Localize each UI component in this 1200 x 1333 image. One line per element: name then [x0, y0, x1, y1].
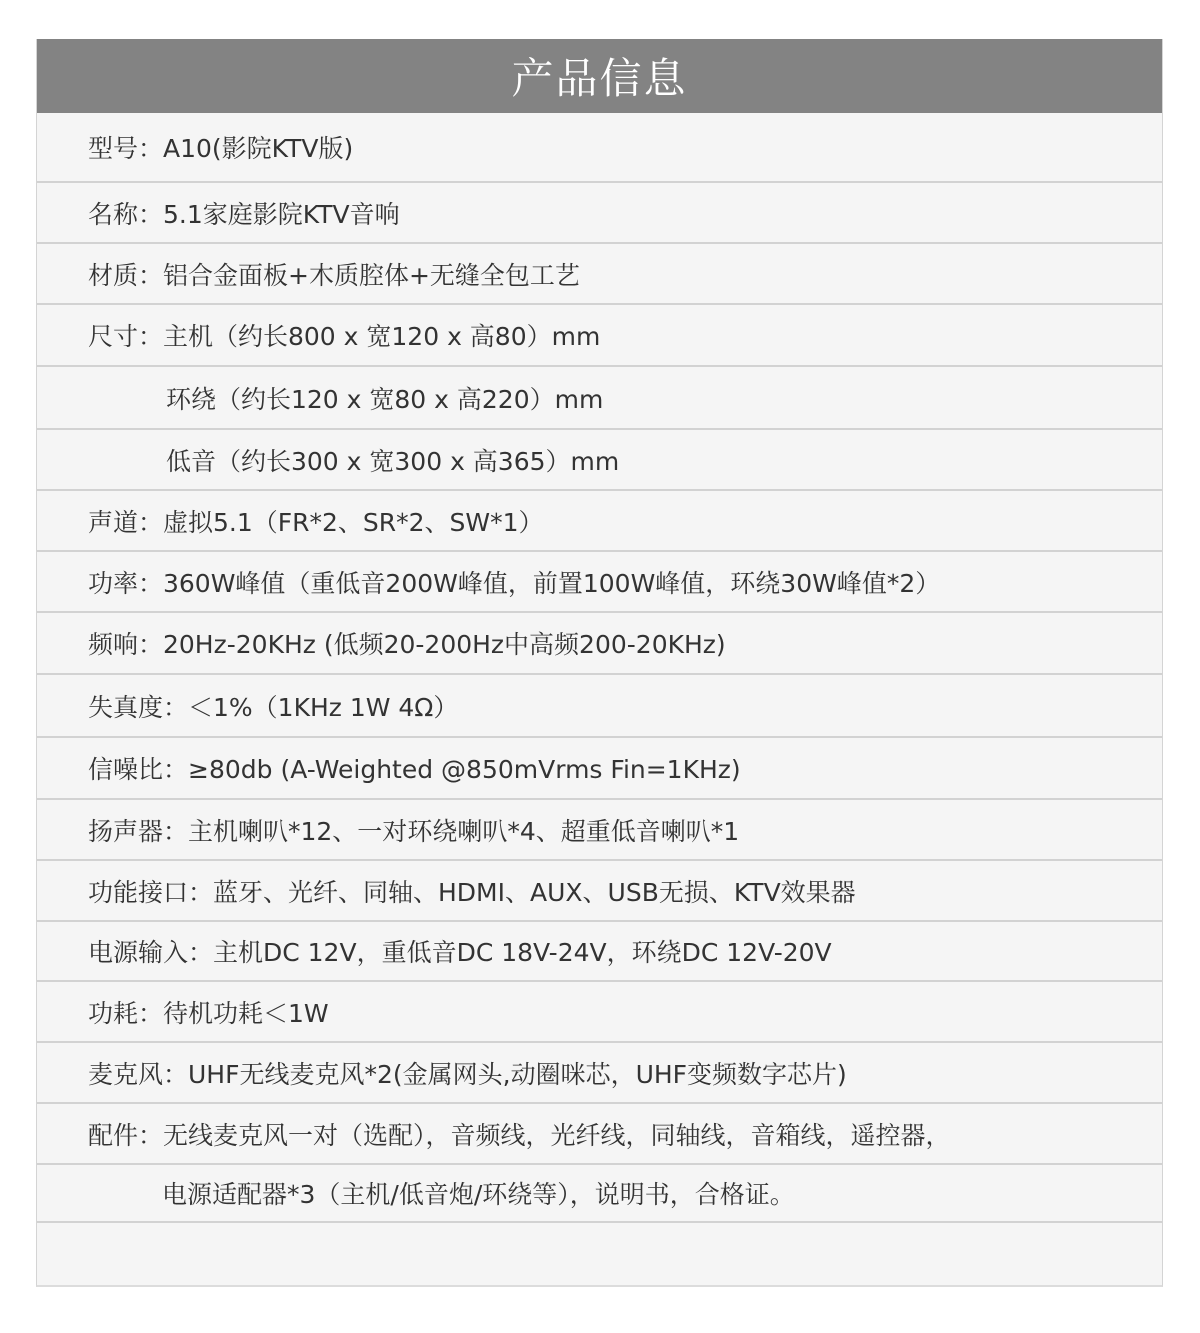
spec-row-size-subwoofer: 低音（约长300 x 宽300 x 高365）mm [37, 430, 1162, 491]
spec-row-channels: 声道：虚拟5.1（FR*2、SR*2、SW*1） [37, 491, 1162, 552]
spec-row-size-main: 尺寸：主机（约长800 x 宽120 x 高80）mm [37, 305, 1162, 367]
spec-row-model: 型号：A10(影院KTV版) [37, 113, 1162, 183]
spec-text: 功率：360W峰值（重低音200W峰值，前置100W峰值，环绕30W峰值*2） [37, 564, 940, 600]
table-header: 产品信息 [37, 39, 1162, 113]
spec-text: 功耗：待机功耗＜1W [37, 994, 329, 1030]
spec-text: 信噪比：≥80db (A-Weighted @850mVrms Fin=1KHz… [37, 750, 741, 786]
spec-row-frequency-response: 频响：20Hz-20KHz (低频20-200Hz中高频200-20KHz) [37, 613, 1162, 675]
spec-text: 配件：无线麦克风一对（选配），音频线，光纤线，同轴线，音箱线，遥控器， [37, 1116, 951, 1152]
spec-text: 尺寸：主机（约长800 x 宽120 x 高80）mm [37, 317, 600, 353]
spec-text: 低音（约长300 x 宽300 x 高365）mm [37, 442, 619, 478]
spec-text: 扬声器：主机喇叭*12、一对环绕喇叭*4、超重低音喇叭*1 [37, 812, 739, 848]
spec-row-distortion: 失真度：＜1%（1KHz 1W 4Ω） [37, 675, 1162, 738]
spec-text: 材质：铝合金面板+木质腔体+无缝全包工艺 [37, 256, 580, 292]
spec-row-size-surround: 环绕（约长120 x 宽80 x 高220）mm [37, 367, 1162, 430]
spec-row-power-consumption: 功耗：待机功耗＜1W [37, 982, 1162, 1043]
spec-text: 频响：20Hz-20KHz (低频20-200Hz中高频200-20KHz) [37, 625, 726, 661]
spec-row-material: 材质：铝合金面板+木质腔体+无缝全包工艺 [37, 244, 1162, 305]
spec-row-microphone: 麦克风：UHF无线麦克风*2(金属网头,动圈咪芯，UHF变频数字芯片) [37, 1043, 1162, 1104]
spec-text: 电源输入：主机DC 12V，重低音DC 18V-24V，环绕DC 12V-20V [37, 933, 832, 969]
spec-text: 电源适配器*3（主机/低音炮/环绕等），说明书，合格证。 [37, 1175, 795, 1211]
product-info-table: 产品信息 型号：A10(影院KTV版) 名称：5.1家庭影院KTV音响 材质：铝… [36, 39, 1163, 1287]
page-title: 产品信息 [511, 46, 687, 106]
spec-text: 名称：5.1家庭影院KTV音响 [37, 195, 400, 231]
spec-text: 功能接口：蓝牙、光纤、同轴、HDMI、AUX、USB无损、KTV效果器 [37, 873, 856, 909]
spec-text: 型号：A10(影院KTV版) [37, 129, 353, 165]
spec-row-snr: 信噪比：≥80db (A-Weighted @850mVrms Fin=1KHz… [37, 738, 1162, 800]
spec-text: 麦克风：UHF无线麦克风*2(金属网头,动圈咪芯，UHF变频数字芯片) [37, 1055, 847, 1091]
spec-row-accessories: 配件：无线麦克风一对（选配），音频线，光纤线，同轴线，音箱线，遥控器， [37, 1104, 1162, 1165]
spec-text: 声道：虚拟5.1（FR*2、SR*2、SW*1） [37, 503, 544, 539]
spec-row-power: 功率：360W峰值（重低音200W峰值，前置100W峰值，环绕30W峰值*2） [37, 552, 1162, 613]
spec-row-empty [37, 1223, 1162, 1285]
spec-text: 环绕（约长120 x 宽80 x 高220）mm [37, 380, 603, 416]
spec-row-interfaces: 功能接口：蓝牙、光纤、同轴、HDMI、AUX、USB无损、KTV效果器 [37, 861, 1162, 922]
spec-row-accessories-continued: 电源适配器*3（主机/低音炮/环绕等），说明书，合格证。 [37, 1165, 1162, 1223]
spec-row-name: 名称：5.1家庭影院KTV音响 [37, 183, 1162, 244]
spec-text: 失真度：＜1%（1KHz 1W 4Ω） [37, 688, 458, 724]
spec-row-power-input: 电源输入：主机DC 12V，重低音DC 18V-24V，环绕DC 12V-20V [37, 922, 1162, 982]
spec-row-speakers: 扬声器：主机喇叭*12、一对环绕喇叭*4、超重低音喇叭*1 [37, 800, 1162, 861]
